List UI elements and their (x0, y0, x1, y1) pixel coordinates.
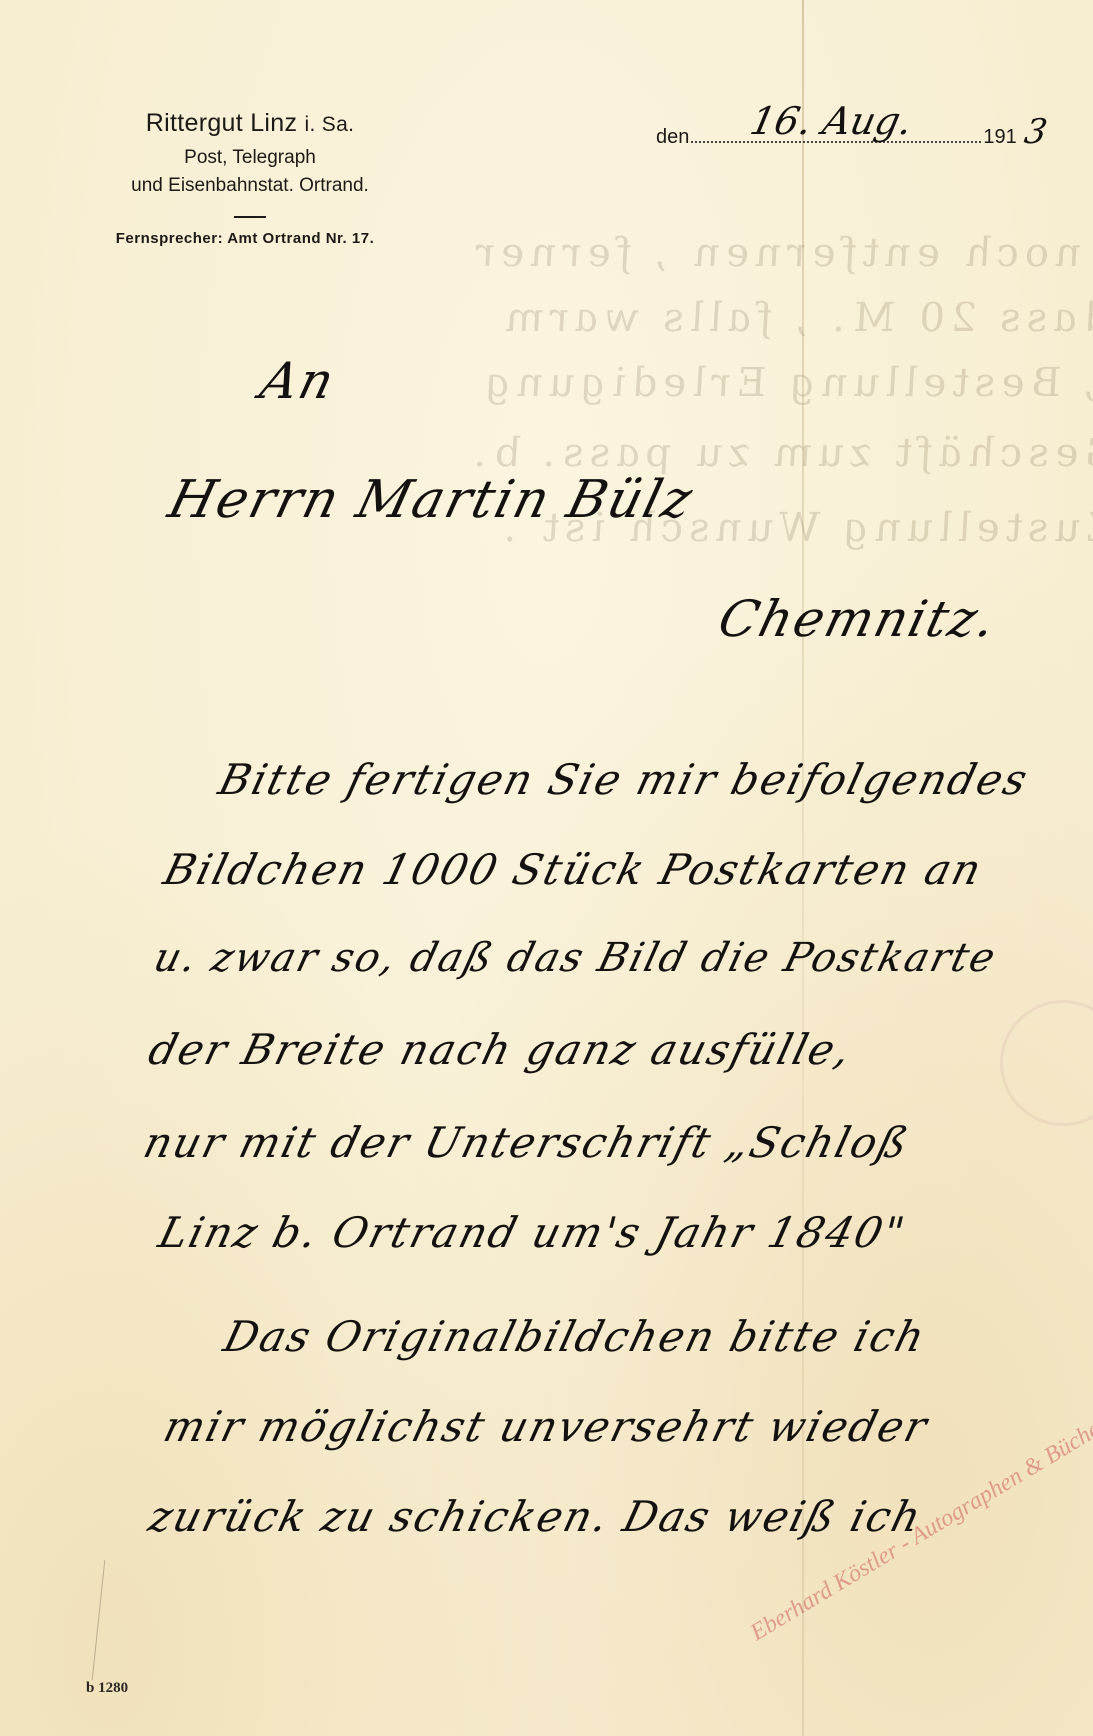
bleed-through-line: dass 20 M. , falls warm (494, 295, 1093, 341)
date-year-printed: 191 (983, 126, 1016, 149)
letterhead-phone: Fernsprecher: Amt Ortrand Nr. 17. (60, 230, 430, 247)
date-dotted-field: 16. Aug. (691, 127, 981, 143)
body-line: Bitte fertigen Sie mir beifolgendes (214, 755, 1034, 804)
date-prefix: den (656, 126, 689, 149)
body-line: u. zwar so, daß das Bild die Postkarte (149, 935, 1001, 981)
letterhead: Rittergut Linz i. Sa. Post, Telegraph un… (70, 108, 430, 247)
body-line: Bildchen 1000 Stück Postkarten an (159, 845, 988, 894)
letterhead-railway-station: und Eisenbahnstat. Ortrand. (70, 172, 430, 200)
body-line: mir möglichst unversehrt wieder (159, 1402, 934, 1451)
bleed-through-line: noch entfernen , ferner (464, 230, 1087, 276)
date-line: den 16. Aug. 191 3 (656, 112, 1046, 152)
address-city: Chemnitz. (713, 590, 1003, 648)
letter-sheet: noch entfernen , ferner dass 20 M. , fal… (0, 0, 1093, 1736)
body-line: Linz b. Ortrand um's Jahr 1840" (154, 1208, 911, 1257)
bleed-through-line: ist , Bestellung Erledigung (474, 360, 1093, 406)
address-recipient: Herrn Martin Bülz (163, 470, 700, 530)
body-line: Das Originalbildchen bitte ich (219, 1312, 931, 1361)
letterhead-title: Rittergut Linz i. Sa. (70, 108, 430, 140)
estate-name: Rittergut Linz (146, 109, 298, 137)
faint-stamp-mark (1000, 1000, 1093, 1126)
address-salutation: An (255, 352, 342, 410)
date-year-handwritten: 3 (1021, 112, 1050, 152)
letterhead-divider (234, 216, 266, 218)
form-number: b 1280 (86, 1680, 128, 1697)
paper-tear-line (92, 1560, 106, 1679)
estate-region: i. Sa. (305, 113, 355, 136)
body-line: der Breite nach ganz ausfülle, (144, 1025, 857, 1074)
date-handwritten: 16. Aug. (747, 99, 917, 143)
body-line: zurück zu schicken. Das weiß ich (144, 1492, 928, 1541)
letterhead-post-telegraph: Post, Telegraph (70, 144, 430, 172)
body-line: nur mit der Unterschrift „Schloß (139, 1118, 915, 1167)
